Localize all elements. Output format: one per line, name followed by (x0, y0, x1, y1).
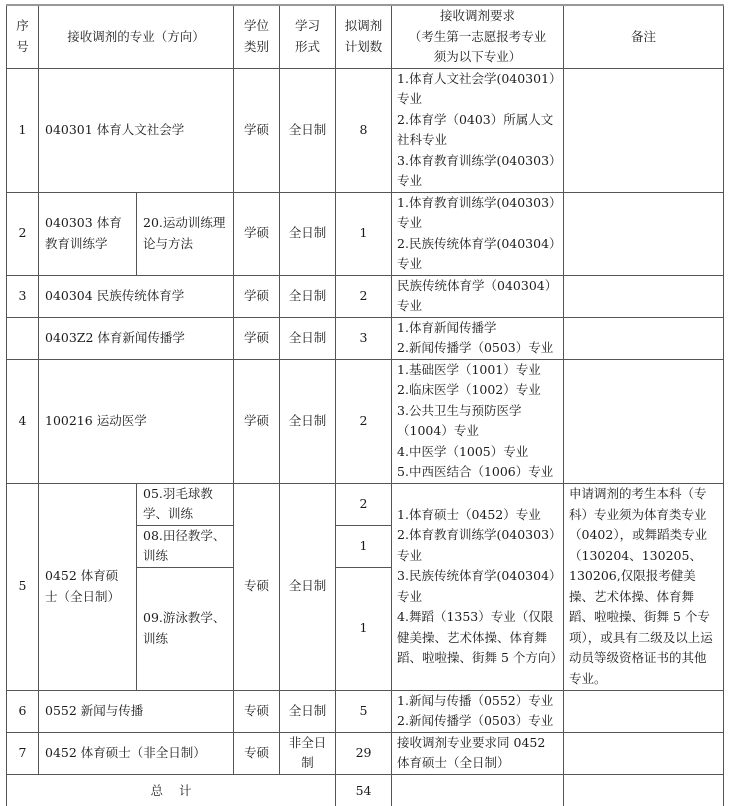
table-row: 0403Z2 体育新闻传播学 学硕 全日制 3 1.体育新闻传播学 2.新闻传播… (7, 317, 724, 359)
cell-note: 申请调剂的考生本科（专科）专业须为体育类专业（0402），或舞蹈类专业（1302… (564, 483, 724, 690)
cell-seq: 7 (7, 732, 39, 774)
cell-plan-count: 1 (336, 567, 392, 690)
cell-seq (7, 317, 39, 359)
cell-major: 0452 体育硕士（非全日制） (39, 732, 234, 774)
header-requirement: 接收调剂要求 （考生第一志愿报考专业 须为以下专业） (392, 5, 564, 68)
cell-degree-type: 学硕 (234, 275, 280, 317)
table-row: 6 0552 新闻与传播 专硕 全日制 5 1.新闻与传播（0552）专业 2.… (7, 690, 724, 732)
cell-major: 0403Z2 体育新闻传播学 (39, 317, 234, 359)
cell-degree-type: 学硕 (234, 192, 280, 275)
table-header-row: 序 号 接收调剂的专业（方向） 学位 类别 学习 形式 拟调剂 计划数 接收调剂… (7, 5, 724, 68)
cell-plan-count: 5 (336, 690, 392, 732)
cell-degree-type: 学硕 (234, 317, 280, 359)
cell-degree-type: 专硕 (234, 690, 280, 732)
table-row: 3 040304 民族传统体育学 学硕 全日制 2 民族传统体育学（040304… (7, 275, 724, 317)
total-note-empty (564, 774, 724, 806)
cell-seq: 2 (7, 192, 39, 275)
cell-requirement: 1.新闻与传播（0552）专业 2.新闻传播学（0503）专业 (392, 690, 564, 732)
cell-study-mode: 全日制 (280, 275, 336, 317)
cell-plan-count: 2 (336, 275, 392, 317)
cell-major: 100216 运动医学 (39, 359, 234, 483)
cell-seq: 4 (7, 359, 39, 483)
cell-requirement: 1.体育人文社会学(040301）专业 2.体育学（0403）所属人文社科专业 … (392, 68, 564, 192)
header-study-mode: 学习 形式 (280, 5, 336, 68)
cell-note (564, 690, 724, 732)
cell-study-mode: 全日制 (280, 690, 336, 732)
cell-seq: 5 (7, 483, 39, 690)
total-row: 总 计 54 (7, 774, 724, 806)
cell-degree-type: 学硕 (234, 359, 280, 483)
total-label: 总 计 (7, 774, 336, 806)
cell-study-mode: 全日制 (280, 359, 336, 483)
cell-direction: 20.运动训练理论与方法 (137, 192, 234, 275)
total-plan-count: 54 (336, 774, 392, 806)
cell-plan-count: 1 (336, 525, 392, 567)
cell-plan-count: 2 (336, 359, 392, 483)
cell-major: 040301 体育人文社会学 (39, 68, 234, 192)
header-seq: 序 号 (7, 5, 39, 68)
cell-major: 0452 体育硕士（全日制） (39, 483, 137, 690)
cell-major: 040304 民族传统体育学 (39, 275, 234, 317)
cell-plan-count: 29 (336, 732, 392, 774)
cell-note (564, 732, 724, 774)
header-plan-count: 拟调剂 计划数 (336, 5, 392, 68)
cell-direction: 09.游泳教学、训练 (137, 567, 234, 690)
cell-study-mode: 全日制 (280, 192, 336, 275)
cell-direction: 08.田径教学、训练 (137, 525, 234, 567)
cell-study-mode: 全日制 (280, 317, 336, 359)
cell-requirement: 1.体育新闻传播学 2.新闻传播学（0503）专业 (392, 317, 564, 359)
cell-note (564, 317, 724, 359)
header-note: 备注 (564, 5, 724, 68)
cell-requirement: 接收调剂专业要求同 0452 体育硕士（全日制） (392, 732, 564, 774)
total-requirement-empty (392, 774, 564, 806)
cell-major: 040303 体育教育训练学 (39, 192, 137, 275)
cell-requirement: 1.体育硕士（0452）专业 2.体育教育训练学(040303）专业 3.民族传… (392, 483, 564, 690)
cell-plan-count: 2 (336, 483, 392, 525)
cell-degree-type: 专硕 (234, 732, 280, 774)
cell-note (564, 275, 724, 317)
cell-seq: 1 (7, 68, 39, 192)
adjustment-table: 序 号 接收调剂的专业（方向） 学位 类别 学习 形式 拟调剂 计划数 接收调剂… (6, 4, 724, 806)
cell-note (564, 68, 724, 192)
table-row: 4 100216 运动医学 学硕 全日制 2 1.基础医学（1001）专业 2.… (7, 359, 724, 483)
cell-requirement: 1.基础医学（1001）专业 2.临床医学（1002）专业 3.公共卫生与预防医… (392, 359, 564, 483)
cell-seq: 6 (7, 690, 39, 732)
cell-direction: 05.羽毛球教学、训练 (137, 483, 234, 525)
cell-requirement: 民族传统体育学（040304）专业 (392, 275, 564, 317)
cell-study-mode: 全日制 (280, 68, 336, 192)
table-row: 1 040301 体育人文社会学 学硕 全日制 8 1.体育人文社会学(0403… (7, 68, 724, 192)
header-degree-type: 学位 类别 (234, 5, 280, 68)
cell-seq: 3 (7, 275, 39, 317)
cell-study-mode: 非全日制 (280, 732, 336, 774)
cell-study-mode: 全日制 (280, 483, 336, 690)
table-row: 2 040303 体育教育训练学 20.运动训练理论与方法 学硕 全日制 1 1… (7, 192, 724, 275)
header-major: 接收调剂的专业（方向） (39, 5, 234, 68)
cell-plan-count: 1 (336, 192, 392, 275)
cell-note (564, 192, 724, 275)
cell-plan-count: 8 (336, 68, 392, 192)
cell-requirement: 1.体育教育训练学(040303）专业 2.民族传统体育学(040304）专业 (392, 192, 564, 275)
table-row: 5 0452 体育硕士（全日制） 05.羽毛球教学、训练 专硕 全日制 2 1.… (7, 483, 724, 525)
table-row: 7 0452 体育硕士（非全日制） 专硕 非全日制 29 接收调剂专业要求同 0… (7, 732, 724, 774)
cell-degree-type: 学硕 (234, 68, 280, 192)
cell-note (564, 359, 724, 483)
cell-plan-count: 3 (336, 317, 392, 359)
cell-degree-type: 专硕 (234, 483, 280, 690)
cell-major: 0552 新闻与传播 (39, 690, 234, 732)
